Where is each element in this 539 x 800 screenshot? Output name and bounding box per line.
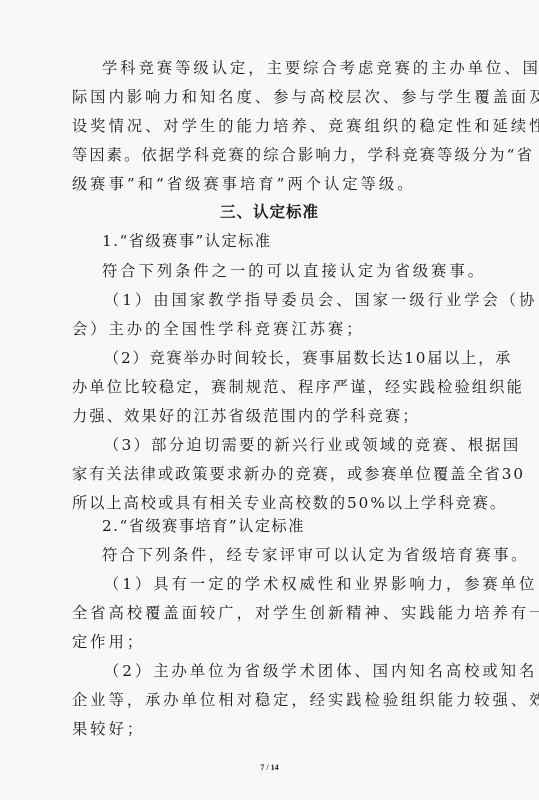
section-heading: 三、认定标准 — [0, 202, 539, 222]
paragraph-intro-line: 际国内影响力和知名度、参与高校层次、参与学生覆盖面及 — [72, 87, 472, 107]
section2-item1-line: 全省高校覆盖面较广，对学生创新精神、实践能力培养有一 — [72, 603, 472, 623]
section2-item1-line: （1）具有一定的学术权威性和业界影响力，参赛单位 — [104, 574, 504, 594]
section2-item1-line: 定作用； — [72, 632, 472, 652]
section2-item2-line: 企业等，承办单位相对稳定，经实践检验组织能力较强、效 — [72, 690, 472, 710]
section1-item2-line: 办单位比较稳定，赛制规范、程序严谨，经实践检验组织能 — [72, 377, 472, 397]
paragraph-intro-line: 设奖情况、对学生的能力培养、竞赛组织的稳定性和延续性 — [72, 116, 472, 136]
paragraph-intro-line: 等因素。依据学科竞赛的综合影响力，学科竞赛等级分为“省 — [72, 145, 472, 165]
section2-intro: 符合下列条件，经专家评审可以认定为省级培育赛事。 — [102, 545, 502, 565]
section2-title: 2.“省级赛事培育”认定标准 — [102, 516, 502, 536]
section1-intro: 符合下列条件之一的可以直接认定为省级赛事。 — [102, 261, 502, 281]
section1-item2-line: （2）竞赛举办时间较长，赛事届数长达10届以上，承 — [104, 348, 504, 368]
paragraph-intro-line: 级赛事”和“省级赛事培育”两个认定等级。 — [72, 174, 472, 194]
document-page: 学科竞赛等级认定，主要综合考虑竞赛的主办单位、国 际国内影响力和知名度、参与高校… — [0, 0, 539, 800]
paragraph-intro-line: 学科竞赛等级认定，主要综合考虑竞赛的主办单位、国 — [102, 58, 502, 78]
section1-item3-line: 所以上高校或具有相关专业高校数的50%以上学科竞赛。 — [72, 493, 472, 513]
section1-item1-line: （1）由国家教学指导委员会、国家一级行业学会（协 — [104, 290, 504, 310]
section1-item2-line: 力强、效果好的江苏省级范围内的学科竞赛； — [72, 406, 472, 426]
section1-item3-line: （3）部分迫切需要的新兴行业或领域的竞赛、根据国 — [104, 435, 504, 455]
section1-item3-line: 家有关法律或政策要求新办的竞赛，或参赛单位覆盖全省30 — [72, 464, 472, 484]
section2-item2-line: （2）主办单位为省级学术团体、国内知名高校或知名 — [104, 661, 504, 681]
section1-title: 1.“省级赛事”认定标准 — [102, 231, 502, 251]
page-number: 7 / 14 — [0, 763, 539, 772]
section1-item1-line: 会）主办的全国性学科竞赛江苏赛； — [72, 319, 472, 339]
section2-item2-line: 果较好； — [72, 719, 472, 739]
